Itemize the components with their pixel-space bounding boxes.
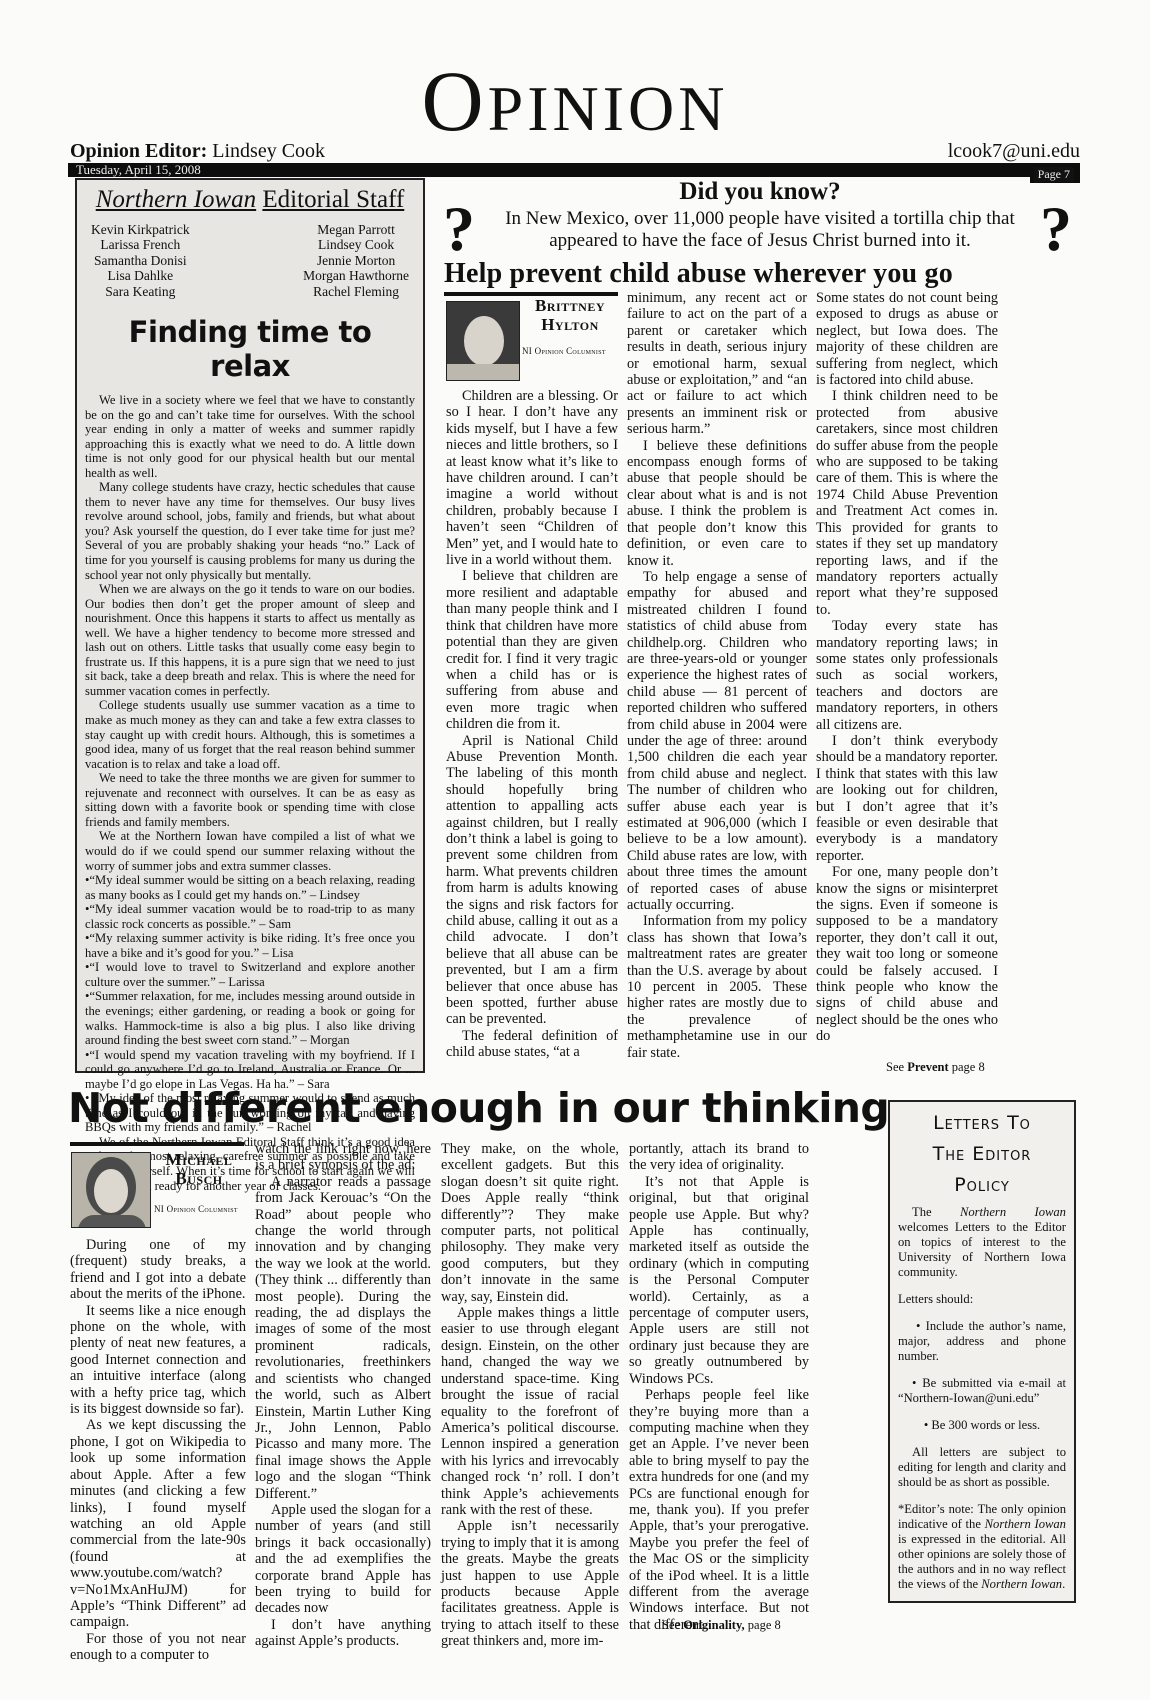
policy-rule: • Be 300 words or less. [898, 1418, 1066, 1433]
child-abuse-headline: Help prevent child abuse wherever you go [444, 258, 1084, 290]
policy-rule: • Include the author’s name, major, addr… [898, 1319, 1066, 1364]
author-last-name: Busch [152, 1169, 246, 1188]
paragraph: College students usually use summer vaca… [85, 698, 415, 771]
paragraph: Apple used the slogan for a number of ye… [255, 1502, 431, 1617]
paragraph: Some states do not count being exposed t… [816, 290, 998, 388]
question-mark-icon: ? [443, 197, 475, 261]
jump-target: Originality, [683, 1618, 744, 1632]
paragraph: April is National Child Abuse Prevention… [446, 733, 618, 1028]
article-column-4: portantly, attach its brand to the very … [629, 1141, 809, 1633]
jump-page: page 8 [952, 1060, 985, 1074]
paragraph: Perhaps people feel like they’re buying … [629, 1387, 809, 1633]
editor-email[interactable]: lcook7@uni.edu [948, 140, 1080, 163]
paragraph: We at the Northern Iowan have compiled a… [85, 829, 415, 873]
paragraph: portantly, attach its brand to the very … [629, 1141, 809, 1174]
paragraph: Information from my policy class has sho… [627, 913, 807, 1061]
opinion-editor-credit: Opinion Editor: Lindsey Cook [70, 140, 325, 163]
staff-member: Lisa Dahlke [91, 268, 190, 284]
face-shape [464, 316, 504, 366]
staff-member: Samantha Donisi [91, 253, 190, 269]
paragraph: Apple isn’t necessarily trying to imply … [441, 1518, 619, 1649]
paragraph: A narrator reads a passage from Jack Ker… [255, 1174, 431, 1502]
editing-note: All letters are subject to editing for l… [898, 1445, 1066, 1490]
text: . [1062, 1577, 1065, 1591]
text: welcomes Letters to the Editor on topics… [898, 1220, 1066, 1279]
paragraph: It seems like a nice enough phone on the… [70, 1303, 246, 1418]
editor-label: Opinion Editor: [70, 140, 207, 162]
paragraph: The federal definition of child abuse st… [446, 1028, 618, 1061]
paragraph: I think children need to be protected fr… [816, 388, 998, 618]
did-you-know-text: In New Mexico, over 11,000 people have v… [480, 208, 1040, 252]
paragraph: I don’t think everybody should be a mand… [816, 733, 998, 864]
paragraph: For those of you not near enough to a co… [70, 1631, 246, 1664]
editorial-body: We live in a society where we feel that … [85, 393, 415, 1193]
paper-name: Northern Iowan [960, 1205, 1066, 1219]
title-line: Letters to [898, 1108, 1066, 1139]
apple-headline: Not different enough in our thinking [68, 1084, 889, 1132]
article-column-2: watch the link right now, here is a brie… [255, 1141, 431, 1650]
staff-member: Larissa French [91, 237, 190, 253]
jump-page: page 8 [748, 1618, 781, 1632]
policy-intro: The Northern Iowan welcomes Letters to t… [898, 1205, 1066, 1280]
staff-list: Kevin Kirkpatrick Larissa French Samanth… [91, 222, 409, 300]
title-line: Policy [898, 1170, 1066, 1201]
staff-title-rest: Editorial Staff [262, 186, 404, 213]
article-column-2: minimum, any recent act or failure to ac… [627, 290, 807, 1061]
staff-quote: •“Summer relaxation, for me, includes me… [85, 989, 415, 1047]
paragraph: Many college students have crazy, hectic… [85, 480, 415, 582]
paragraph: minimum, any recent act or failure to ac… [627, 290, 807, 438]
staff-quote: •“My ideal summer would be sitting on a … [85, 873, 415, 902]
paragraph: To help engage a sense of empathy for ab… [627, 569, 807, 914]
staff-quote: •“I would love to travel to Switzerland … [85, 960, 415, 989]
paragraph: Today every state has mandatory reportin… [816, 618, 998, 733]
section-title: OPINION [0, 58, 1150, 144]
jump-link-prevent[interactable]: See Prevent page 8 [886, 1060, 985, 1075]
article-column-1: Children are a blessing. Or so I hear. I… [446, 388, 618, 1061]
paragraph: During one of my (frequent) study breaks… [70, 1237, 246, 1303]
paragraph: I believe that children are more resilie… [446, 568, 618, 732]
letters-should-label: Letters should: [898, 1292, 1066, 1307]
staff-column-left: Kevin Kirkpatrick Larissa French Samanth… [91, 222, 190, 300]
jump-prefix: See [886, 1060, 904, 1074]
section-title-rest: PINION [488, 73, 729, 144]
author-first-name: Brittney [520, 296, 620, 315]
staff-member: Sara Keating [91, 284, 190, 300]
shoulders-shape [78, 1215, 146, 1228]
paper-name: Northern Iowan [985, 1517, 1066, 1531]
article-column-3: Some states do not count being exposed t… [816, 290, 998, 1045]
author-title: NI Opinion Columnist [154, 1204, 238, 1214]
editorial-staff-title: Northern Iowan Editorial Staff [85, 186, 415, 214]
editorial-headline: Finding time to relax [85, 315, 415, 383]
paper-name: Northern Iowan [981, 1577, 1062, 1591]
staff-member: Megan Parrott [303, 222, 409, 238]
title-line: the Editor [898, 1139, 1066, 1170]
staff-member: Jennie Morton [303, 253, 409, 269]
staff-quote: •“My ideal summer vacation would be to r… [85, 902, 415, 931]
author-name: Michael Busch [152, 1150, 246, 1188]
letters-policy-box: Letters to the Editor Policy The Norther… [888, 1100, 1076, 1603]
article-column-3: They make, on the whole, excellent gadge… [441, 1141, 619, 1650]
did-you-know-title: Did you know? [440, 178, 1080, 206]
paragraph: Children are a blessing. Or so I hear. I… [446, 388, 618, 568]
paragraph: watch the link right now, here is a brie… [255, 1141, 431, 1174]
staff-member: Kevin Kirkpatrick [91, 222, 190, 238]
staff-member: Rachel Fleming [303, 284, 409, 300]
paragraph: As we kept discussing the phone, I got o… [70, 1417, 246, 1630]
paragraph: We live in a society where we feel that … [85, 393, 415, 480]
author-first-name: Michael [152, 1150, 246, 1169]
staff-column-right: Megan Parrott Lindsey Cook Jennie Morton… [303, 222, 409, 300]
paragraph: I don’t have anything against Apple’s pr… [255, 1617, 431, 1650]
author-last-name: Hylton [520, 315, 620, 334]
face-shape [94, 1169, 128, 1213]
jump-link-originality[interactable]: See Originality, page 8 [662, 1618, 781, 1633]
editor-name: Lindsey Cook [212, 140, 325, 162]
editorial-box: Northern Iowan Editorial Staff Kevin Kir… [75, 178, 425, 1073]
paragraph: Apple makes things a little easier to us… [441, 1305, 619, 1518]
author-title: NI Opinion Columnist [522, 346, 606, 356]
paragraph: I believe these definitions encompass en… [627, 438, 807, 569]
jump-target: Prevent [907, 1060, 948, 1074]
byline-rule [70, 1142, 244, 1146]
staff-member: Lindsey Cook [303, 237, 409, 253]
paragraph: It’s not that Apple is original, but tha… [629, 1174, 809, 1387]
policy-rule: • Be submitted via e-mail at “Northern-I… [898, 1376, 1066, 1406]
paragraph: When we are always on the go it tends to… [85, 582, 415, 698]
text: The [912, 1205, 932, 1219]
question-mark-icon: ? [1040, 197, 1072, 261]
author-photo [446, 301, 520, 381]
paragraph: They make, on the whole, excellent gadge… [441, 1141, 619, 1305]
jump-prefix: See [662, 1618, 680, 1632]
date-bar: Tuesday, April 15, 2008 Page 7 [68, 163, 1080, 177]
author-name: Brittney Hylton [520, 296, 620, 334]
letters-policy-title: Letters to the Editor Policy [898, 1108, 1066, 1201]
paragraph: We need to take the three months we are … [85, 771, 415, 829]
author-photo [71, 1152, 151, 1228]
photo-background [447, 364, 520, 381]
paragraph: For one, many people don’t know the sign… [816, 864, 998, 1044]
staff-quote: •“My relaxing summer activity is bike ri… [85, 931, 415, 960]
editors-note: *Editor’s note: The only opinion indicat… [898, 1502, 1066, 1592]
section-title-initial: O [422, 53, 488, 149]
issue-date: Tuesday, April 15, 2008 [76, 162, 201, 178]
staff-member: Morgan Hawthorne [303, 268, 409, 284]
letters-policy-body: The Northern Iowan welcomes Letters to t… [898, 1205, 1066, 1592]
article-column-1: During one of my (frequent) study breaks… [70, 1237, 246, 1664]
paper-name: Northern Iowan [96, 186, 256, 213]
